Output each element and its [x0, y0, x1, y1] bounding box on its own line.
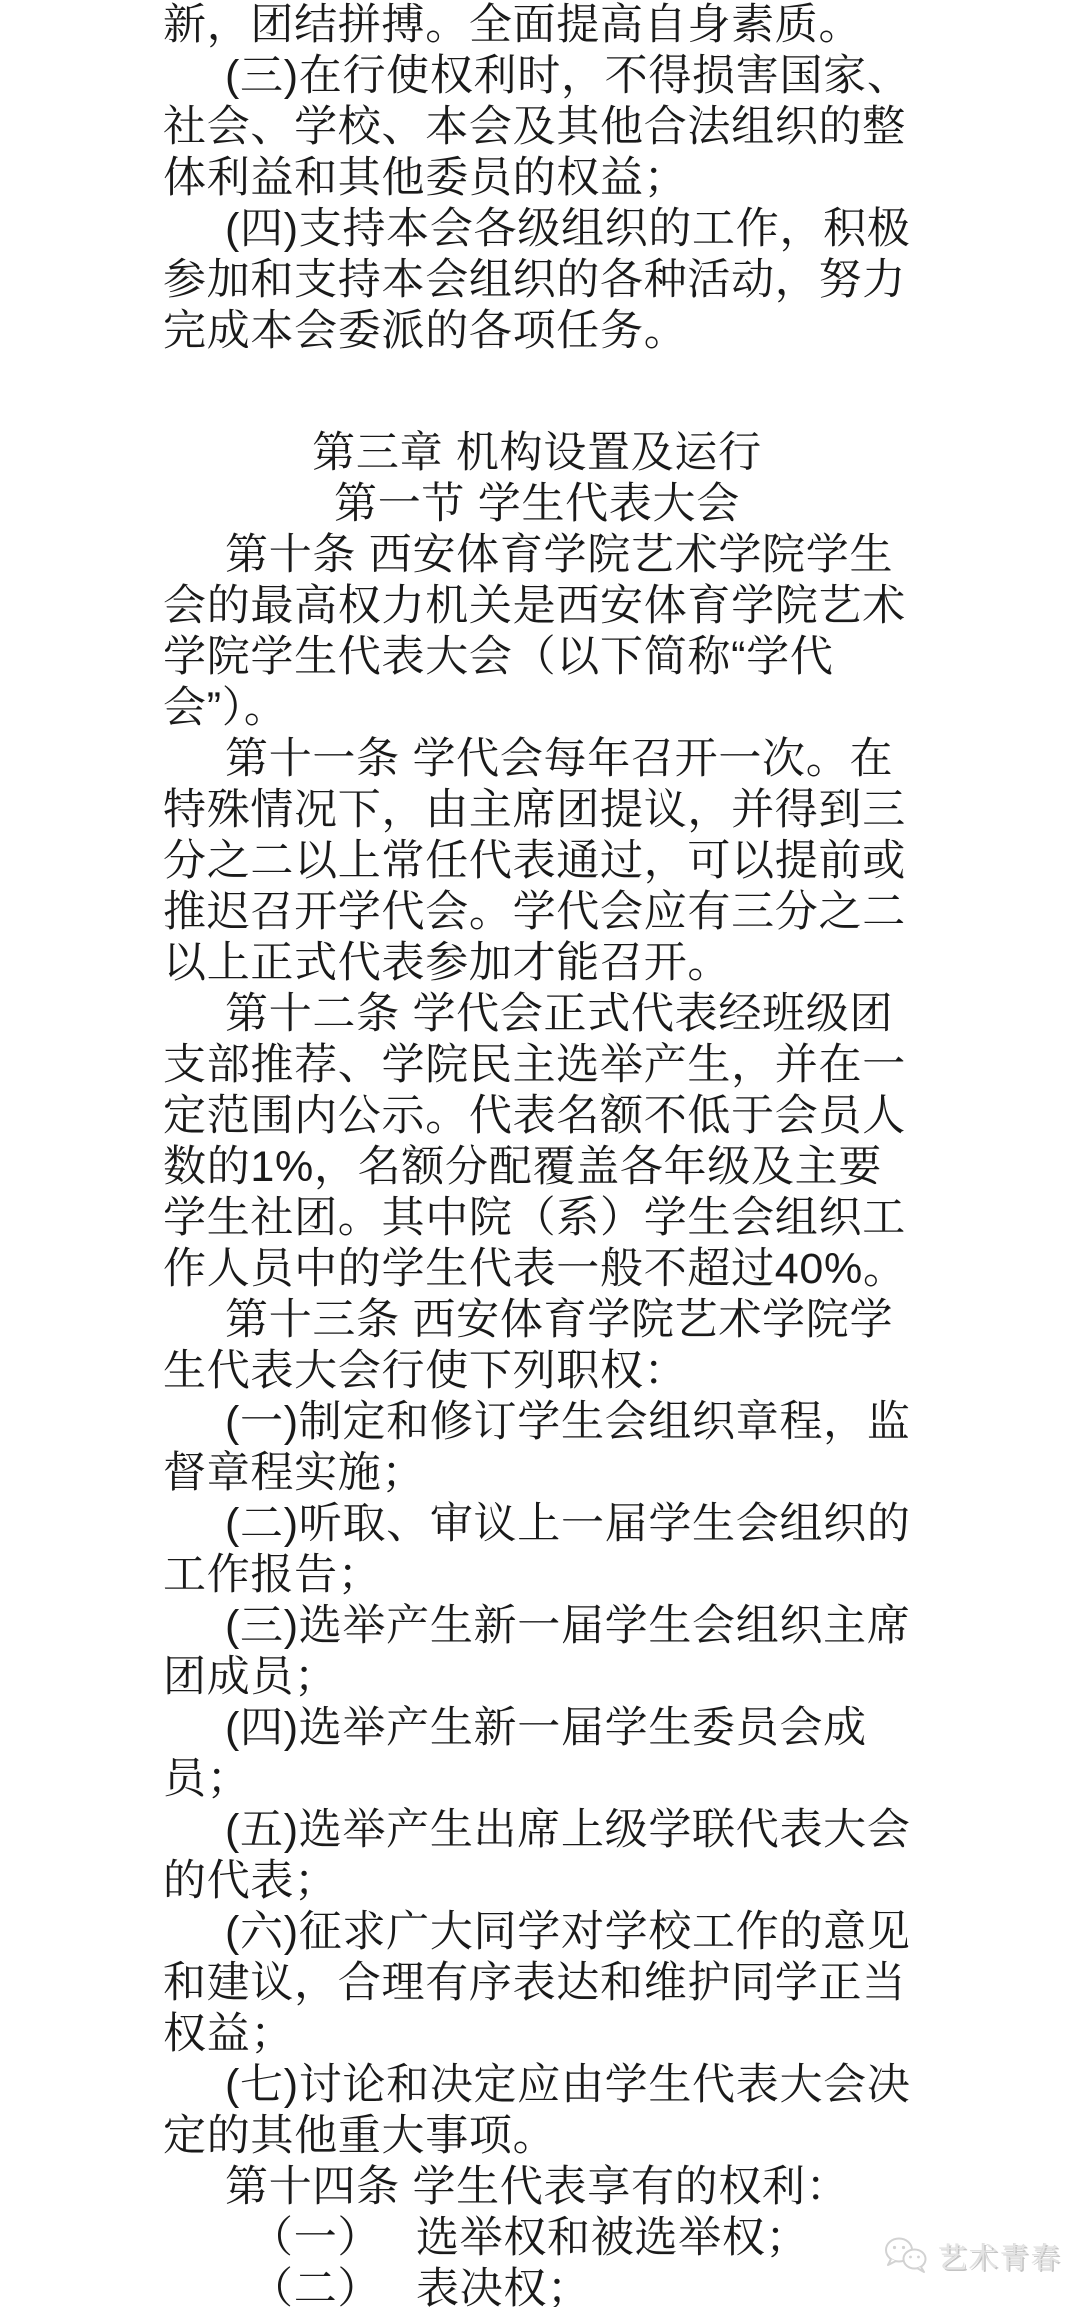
- text-line: 第一节 学生代表大会: [163, 479, 911, 530]
- text-line: 社会、学校、本会及其他合法组织的整: [163, 102, 911, 153]
- text-line: 第三章 机构设置及运行: [163, 428, 911, 479]
- text-line: 定范围内公示。代表名额不低于会员人: [163, 1091, 911, 1142]
- text-line: (五)选举产生出席上级学联代表大会: [163, 1805, 911, 1856]
- text-line: （一） 选举权和被选举权；: [163, 2213, 911, 2264]
- text-line: 数的1%，名额分配覆盖各年级及主要: [163, 1142, 911, 1193]
- text-line: 第十二条 学代会正式代表经班级团: [163, 989, 911, 1040]
- text-line: (四)支持本会各级组织的工作，积极: [163, 204, 911, 255]
- text-line: (七)讨论和决定应由学生代表大会决: [163, 2060, 911, 2111]
- wechat-bubbles-icon: [884, 2236, 930, 2276]
- text-line: (四)选举产生新一届学生委员会成: [163, 1703, 911, 1754]
- text-line: 作人员中的学生代表一般不超过40%。: [163, 1244, 911, 1295]
- text-line: (一)制定和修订学生会组织章程，监: [163, 1397, 911, 1448]
- document-page: 新，团结拼搏。全面提高自身素质。(三)在行使权利时，不得损害国家、社会、学校、本…: [0, 0, 1080, 2307]
- text-line: 以上正式代表参加才能召开。: [163, 938, 911, 989]
- text-line: 推迟召开学代会。学代会应有三分之二: [163, 887, 911, 938]
- paragraph-spacer: [163, 357, 911, 428]
- text-line: 的代表；: [163, 1856, 911, 1907]
- text-line: 学生社团。其中院（系）学生会组织工: [163, 1193, 911, 1244]
- text-line: (三)在行使权利时，不得损害国家、: [163, 51, 911, 102]
- text-line: 第十一条 学代会每年召开一次。在: [163, 734, 911, 785]
- text-line: 支部推荐、学院民主选举产生，并在一: [163, 1040, 911, 1091]
- text-line: (三)选举产生新一届学生会组织主席: [163, 1601, 911, 1652]
- text-line: 学院学生代表大会（以下简称“学代: [163, 632, 911, 683]
- text-line: 员；: [163, 1754, 911, 1805]
- text-line: 体利益和其他委员的权益；: [163, 153, 911, 204]
- text-line: 督章程实施；: [163, 1448, 911, 1499]
- text-line: 分之二以上常任代表通过，可以提前或: [163, 836, 911, 887]
- text-line: 会”）。: [163, 683, 911, 734]
- text-line: 第十条 西安体育学院艺术学院学生: [163, 530, 911, 581]
- text-line: 完成本会委派的各项任务。: [163, 306, 911, 357]
- text-line: (六)征求广大同学对学校工作的意见: [163, 1907, 911, 1958]
- text-line: 会的最高权力机关是西安体育学院艺术: [163, 581, 911, 632]
- text-line: 新，团结拼搏。全面提高自身素质。: [163, 0, 911, 51]
- text-line: 生代表大会行使下列职权：: [163, 1346, 911, 1397]
- text-line: 和建议，合理有序表达和维护同学正当: [163, 1958, 911, 2009]
- text-line: 工作报告；: [163, 1550, 911, 1601]
- text-line: 权益；: [163, 2009, 911, 2060]
- text-line: 定的其他重大事项。: [163, 2111, 911, 2162]
- text-line: 团成员；: [163, 1652, 911, 1703]
- text-line: 第十三条 西安体育学院艺术学院学: [163, 1295, 911, 1346]
- text-line: (二)听取、审议上一届学生会组织的: [163, 1499, 911, 1550]
- text-line: 第十四条 学生代表享有的权利：: [163, 2162, 911, 2213]
- document-text-block: 新，团结拼搏。全面提高自身素质。(三)在行使权利时，不得损害国家、社会、学校、本…: [163, 0, 911, 2307]
- watermark: 艺术青春: [884, 2234, 1062, 2278]
- text-line: 特殊情况下，由主席团提议，并得到三: [163, 785, 911, 836]
- text-line: （二） 表决权；: [163, 2264, 911, 2307]
- text-line: 参加和支持本会组织的各种活动，努力: [163, 255, 911, 306]
- watermark-label: 艺术青春: [938, 2236, 1062, 2277]
